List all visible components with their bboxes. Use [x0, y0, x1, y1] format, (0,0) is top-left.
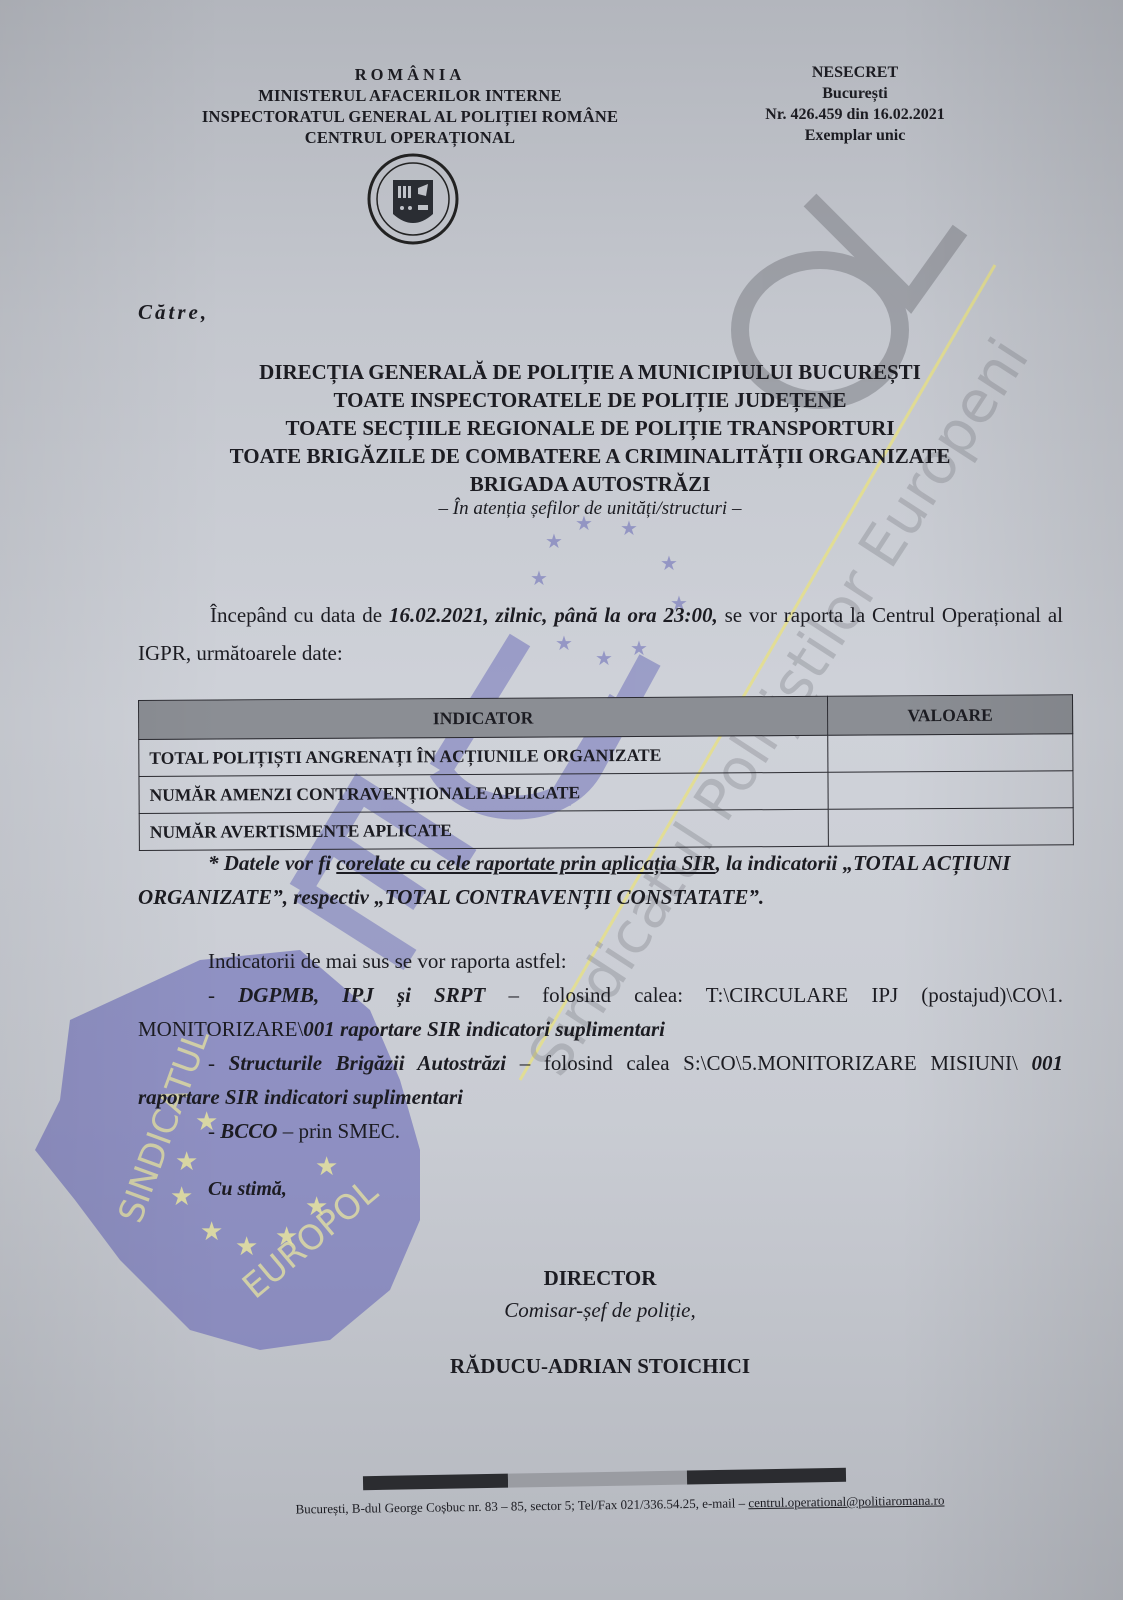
watermark-sindicatul-text: SINDICATUL	[111, 1024, 218, 1228]
svg-text:★: ★	[545, 531, 563, 553]
svg-text:★: ★	[530, 568, 548, 590]
union-badge-shape	[35, 950, 420, 1350]
europol-union-watermark: ★ ★ ★ ★ ★ ★ ★ ★ SINDICATUL EUROPOL ★★★ ★…	[0, 0, 1123, 1600]
svg-text:★: ★	[305, 1192, 328, 1221]
signatory-title: DIRECTOR	[420, 1262, 780, 1294]
value-cell	[828, 771, 1073, 809]
reporting-item: - Structurile Brigăzii Autostrăzi – folo…	[138, 1046, 1063, 1114]
intro-text: Începând cu data de	[210, 603, 389, 627]
value-cell	[828, 734, 1073, 772]
svg-text:★: ★	[200, 1217, 223, 1246]
document-page: ★ ★ ★ ★ ★ ★ ★ ★ SINDICATUL EUROPOL ★★★ ★…	[0, 0, 1123, 1600]
recipient: DIRECȚIA GENERALĂ DE POLIȚIE A MUNICIPIU…	[150, 358, 1030, 386]
reporting-entity: Structurile Brigăzii Autostrăzi	[229, 1051, 506, 1075]
svg-text:★: ★	[315, 1152, 338, 1181]
classification-label: NESECRET	[740, 62, 970, 83]
intro-deadline: 16.02.2021, zilnic, până la ora 23:00,	[389, 603, 718, 627]
table-row: TOTAL POLIȚIȘTI ANGRENAȚI ÎN ACȚIUNILE O…	[139, 734, 1073, 777]
eu-stars-icon: ★ ★ ★ ★ ★ ★ ★ ★	[170, 1107, 338, 1261]
issuer-header: ROMÂNIA MINISTERUL AFACERILOR INTERNE IN…	[165, 64, 655, 148]
svg-text:★: ★	[175, 1147, 198, 1176]
inspectorate-name: INSPECTORATUL GENERAL AL POLIȚIEI ROMÂNE	[165, 106, 655, 127]
intro-text: se vor raporta la Centrul Operațional al…	[138, 603, 1063, 665]
closing-line: Cu stimă,	[208, 1178, 287, 1201]
recipient: BRIGADA AUTOSTRĂZI	[150, 470, 1030, 498]
signatory-rank: Comisar-șef de poliție,	[420, 1294, 780, 1326]
indicator-cell: NUMĂR AVERTISMENTE APLICATE	[139, 809, 828, 850]
svg-text:★: ★	[235, 1232, 258, 1261]
recipient: TOATE BRIGĂZILE DE COMBATERE A CRIMINALI…	[150, 442, 1030, 470]
signature-block: DIRECTOR Comisar-șef de poliție, RĂDUCU-…	[420, 1262, 780, 1382]
indicators-table: INDICATOR VALOARE TOTAL POLIȚIȘTI ANGREN…	[138, 694, 1074, 851]
svg-text:★: ★	[170, 1182, 193, 1211]
svg-text:★: ★	[620, 518, 638, 540]
table-note: * Datele vor fi corelate cu cele raporta…	[138, 846, 1063, 914]
svg-text:★: ★	[195, 1107, 218, 1136]
footer-tricolor-bar	[363, 1468, 846, 1490]
dash: –	[277, 1119, 298, 1143]
dash: –	[485, 983, 542, 1007]
attention-line: – În atenția șefilor de unități/structur…	[150, 498, 1030, 520]
table-row: NUMĂR AMENZI CONTRAVENȚIONALE APLICATE	[139, 771, 1073, 814]
reporting-intro: Indicatorii de mai sus se vor raporta as…	[138, 944, 1063, 978]
signatory-name: RĂDUCU-ADRIAN STOICHICI	[420, 1350, 780, 1382]
intro-paragraph: Începând cu data de 16.02.2021, zilnic, …	[138, 596, 1063, 672]
address-text: București, B-dul George Coșbuc nr. 83 – …	[295, 1495, 748, 1516]
svg-text:★: ★	[555, 633, 573, 655]
svg-text:★: ★	[670, 593, 688, 615]
reporting-item: - BCCO – prin SMEC.	[138, 1114, 1063, 1148]
copy-label: Exemplar unic	[740, 125, 970, 146]
salutation: Către,	[138, 300, 209, 325]
watermark-europol-text: EUROPOL	[235, 1171, 386, 1306]
note-text: , la indicatorii „TOTAL ACȚIUNI ORGANIZA…	[138, 851, 1010, 909]
reporting-path: prin SMEC.	[298, 1119, 400, 1143]
svg-text:★: ★	[575, 513, 593, 535]
unit-name: CENTRUL OPERAȚIONAL	[165, 127, 655, 148]
ministry-name: MINISTERUL AFACERILOR INTERNE	[165, 85, 655, 106]
note-underlined-text: corelate cu cele raportate prin aplicați…	[336, 851, 715, 875]
svg-text:★: ★	[630, 638, 648, 660]
reporting-instructions: Indicatorii de mai sus se vor raporta as…	[138, 944, 1063, 1148]
svg-text:★: ★	[275, 1222, 298, 1251]
dash: –	[506, 1051, 544, 1075]
reference-number: Nr. 426.459 din 16.02.2021	[740, 104, 970, 125]
column-header-indicator: INDICATOR	[139, 696, 828, 739]
footer-address: București, B-dul George Coșbuc nr. 83 – …	[215, 1491, 1025, 1518]
reporting-path: folosind calea S:\CO\5.MONITORIZARE MISI…	[544, 1051, 1032, 1075]
watermark-diagonal-line	[520, 265, 995, 1080]
reporting-item: - DGPMB, IPJ și SRPT – folosind calea: T…	[138, 978, 1063, 1046]
indicator-cell: TOTAL POLIȚIȘTI ANGRENAȚI ÎN ACȚIUNILE O…	[139, 735, 828, 776]
value-cell	[828, 808, 1073, 846]
reporting-file: 001 raportare SIR indicatori suplimentar…	[303, 1017, 665, 1041]
reporting-file: 001 raportare SIR indicatori suplimentar…	[138, 1051, 1063, 1109]
reporting-path: folosind calea: T:\CIRCULARE IPJ (postaj…	[138, 983, 1063, 1041]
document-reference-block: NESECRET București Nr. 426.459 din 16.02…	[740, 62, 970, 146]
table-row: NUMĂR AVERTISMENTE APLICATE	[139, 808, 1073, 851]
reporting-entity: DGPMB, IPJ și SRPT	[238, 983, 485, 1007]
reporting-entity: BCCO	[220, 1119, 277, 1143]
column-header-value: VALOARE	[827, 695, 1072, 735]
watermark-diagonal-text: Sindicatul Polițiștilor Europeni	[515, 327, 1042, 1088]
recipient: TOATE INSPECTORATELE DE POLIȚIE JUDEȚENE	[150, 386, 1030, 414]
indicator-cell: NUMĂR AMENZI CONTRAVENȚIONALE APLICATE	[139, 772, 828, 813]
recipient: TOATE SECȚIILE REGIONALE DE POLIȚIE TRAN…	[150, 414, 1030, 442]
city-label: București	[740, 83, 970, 104]
table-header-row: INDICATOR VALOARE	[139, 695, 1073, 740]
police-operational-center-seal-icon	[366, 152, 460, 246]
email-link[interactable]: centrul.operational@politiaromana.ro	[748, 1492, 944, 1510]
note-text: * Datele vor fi	[208, 851, 336, 875]
recipients-list: DIRECȚIA GENERALĂ DE POLIȚIE A MUNICIPIU…	[150, 358, 1030, 498]
country-name: ROMÂNIA	[165, 64, 655, 85]
svg-text:★: ★	[595, 648, 613, 670]
svg-text:★: ★	[660, 553, 678, 575]
